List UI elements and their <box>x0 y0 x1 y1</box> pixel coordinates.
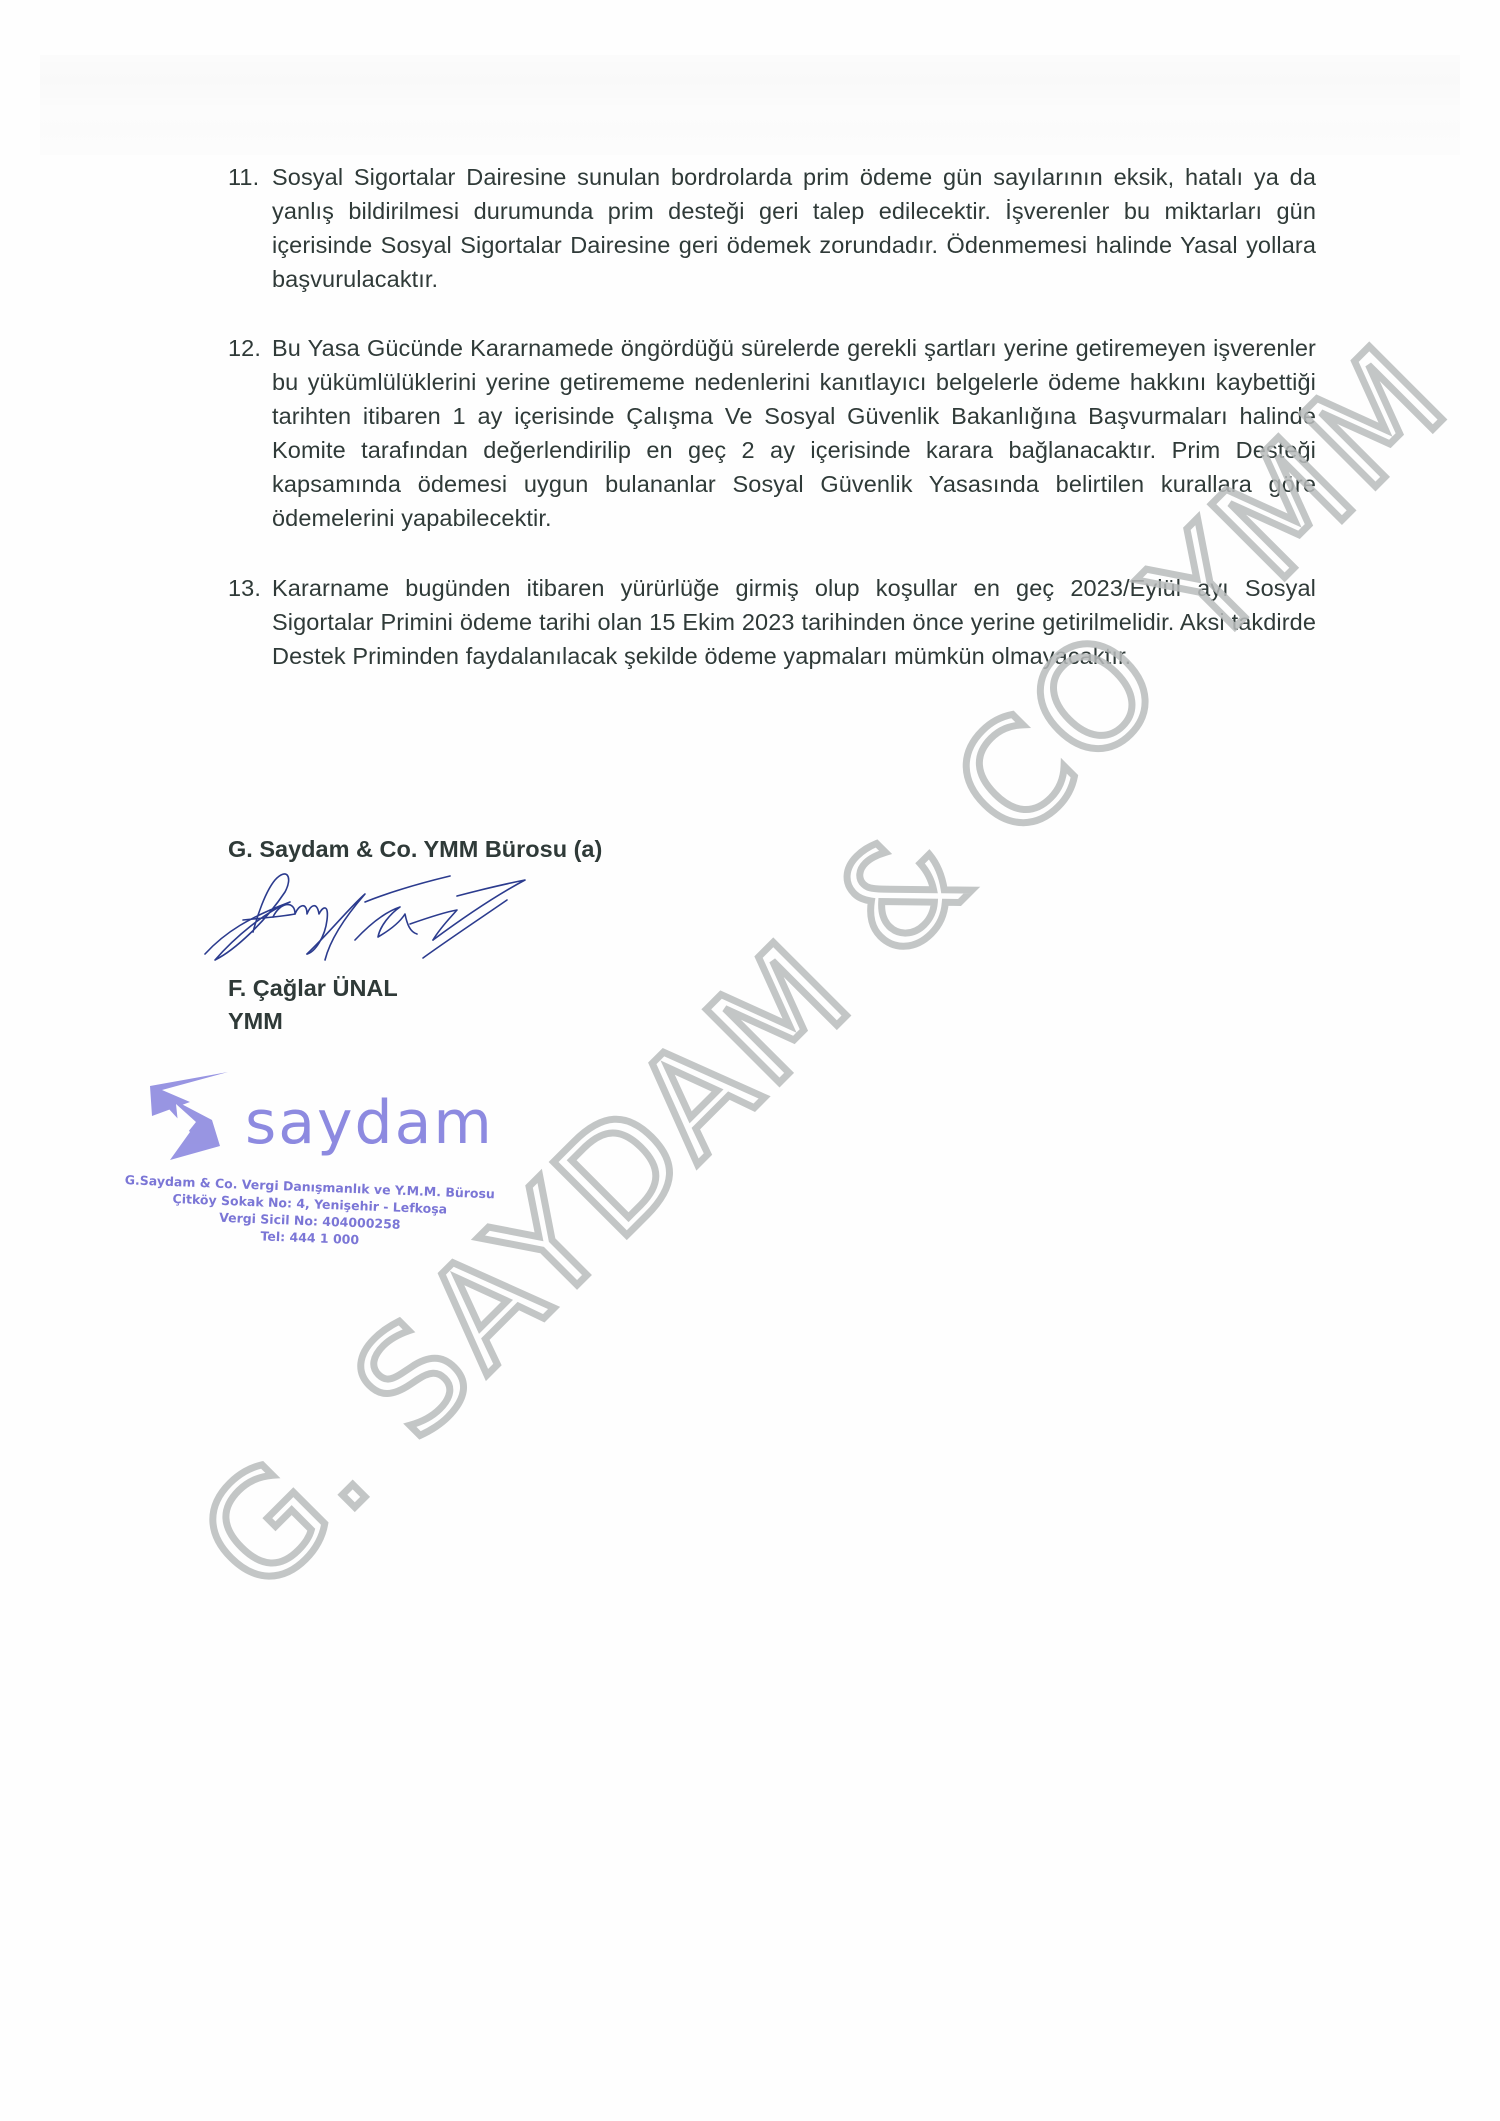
signatory-firm: G. Saydam & Co. YMM Bürosu (a) <box>228 836 602 863</box>
item-number: 13. <box>228 571 272 605</box>
item-text: Sosyal Sigortalar Dairesine sunulan bord… <box>272 160 1316 296</box>
list-item-11: 11. Sosyal Sigortalar Dairesine sunulan … <box>228 160 1316 296</box>
watermark: G. SAYDAM & CO YMM <box>0 0 1500 2121</box>
handwritten-signature <box>195 862 535 972</box>
signatory-title: YMM <box>228 1008 283 1035</box>
signatory-name: F. Çağlar ÜNAL <box>228 975 398 1002</box>
document-page: 11. Sosyal Sigortalar Dairesine sunulan … <box>0 0 1500 2121</box>
item-text: Kararname bugünden itibaren yürürlüğe gi… <box>272 571 1316 673</box>
list-item-12: 12. Bu Yasa Gücünde Kararnamede öngördüğ… <box>228 331 1316 535</box>
item-text: Bu Yasa Gücünde Kararnamede öngördüğü sü… <box>272 331 1316 535</box>
scan-artifact <box>40 55 1460 105</box>
saydam-logo-icon <box>150 1072 245 1162</box>
list-item-13: 13. Kararname bugünden itibaren yürürlüğ… <box>228 571 1316 673</box>
scan-artifact <box>40 105 1460 155</box>
item-number: 12. <box>228 331 272 365</box>
item-number: 11. <box>228 160 272 194</box>
stamp-logo-word: saydam <box>245 1088 494 1158</box>
